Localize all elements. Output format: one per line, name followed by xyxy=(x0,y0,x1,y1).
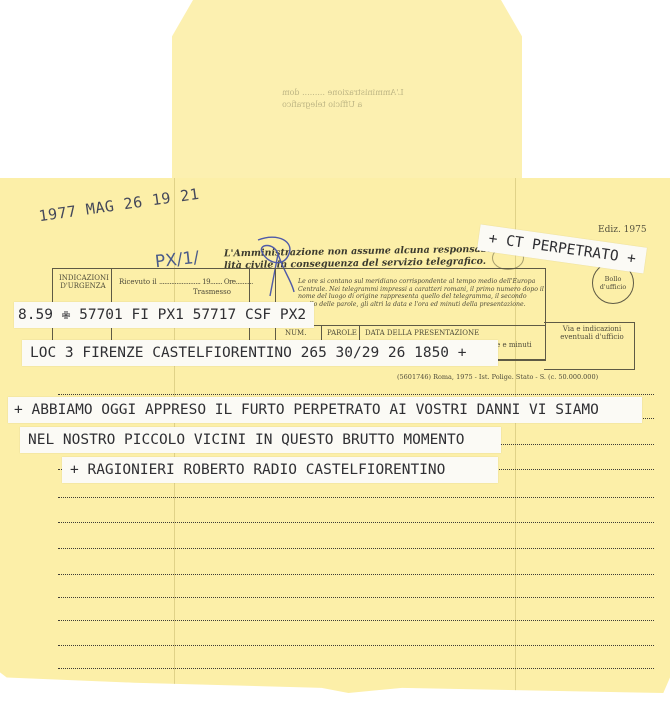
column-header-num: NUM. xyxy=(285,329,306,337)
ruled-line xyxy=(58,597,654,598)
ruled-line xyxy=(58,548,654,549)
via-label: Via e indicazioni eventuali d'ufficio xyxy=(554,325,630,341)
message-tape-2: NEL NOSTRO PICCOLO VICINI IN QUESTO BRUT… xyxy=(20,427,501,453)
edition-label: Ediz. 1975 xyxy=(598,225,647,235)
form-rules-text: Le ore si contano sul meridiano corrispo… xyxy=(298,278,544,308)
printer-note: (5601746) Roma, 1975 - Ist. Polige. Stat… xyxy=(397,373,598,381)
flap-mirrored-text: a Ufficio telegrafico xyxy=(282,100,362,109)
ruled-line xyxy=(58,668,654,669)
ruled-line xyxy=(58,522,654,523)
urgency-label: INDICAZIONI D'URGENZA xyxy=(59,274,107,290)
column-header-date: DATA DELLA PRESENTAZIONE xyxy=(365,329,479,337)
ruled-line xyxy=(58,574,654,575)
bollo-label: Bollo xyxy=(605,275,622,283)
ruled-line xyxy=(58,394,654,395)
received-label: Ricevuto il ........................ 19.… xyxy=(119,278,253,286)
flap-mirrored-text: L'Amministrazione ......... dom xyxy=(282,88,404,97)
telegram-back-flap: L'Amministrazione ......... dom a Uffici… xyxy=(172,0,522,182)
bollo-label: d'ufficio xyxy=(600,283,626,291)
message-tape-1: + ABBIAMO OGGI APPRESO IL FURTO PERPETRA… xyxy=(8,397,642,423)
header-tape-2: LOC 3 FIRENZE CASTELFIORENTINO 265 30/29… xyxy=(22,340,498,366)
header-tape-1: 8.59 ✙ 57701 FI PX1 57717 CSF PX2 xyxy=(14,302,314,328)
transmitted-label: Trasmesso xyxy=(193,288,231,296)
column-header-words: PAROLE xyxy=(327,329,357,337)
signature-tape: + RAGIONIERI ROBERTO RADIO CASTELFIORENT… xyxy=(62,457,498,483)
ruled-line xyxy=(58,497,654,498)
table-divider xyxy=(275,325,545,326)
ruled-line xyxy=(58,620,654,621)
ruled-line xyxy=(58,645,654,646)
